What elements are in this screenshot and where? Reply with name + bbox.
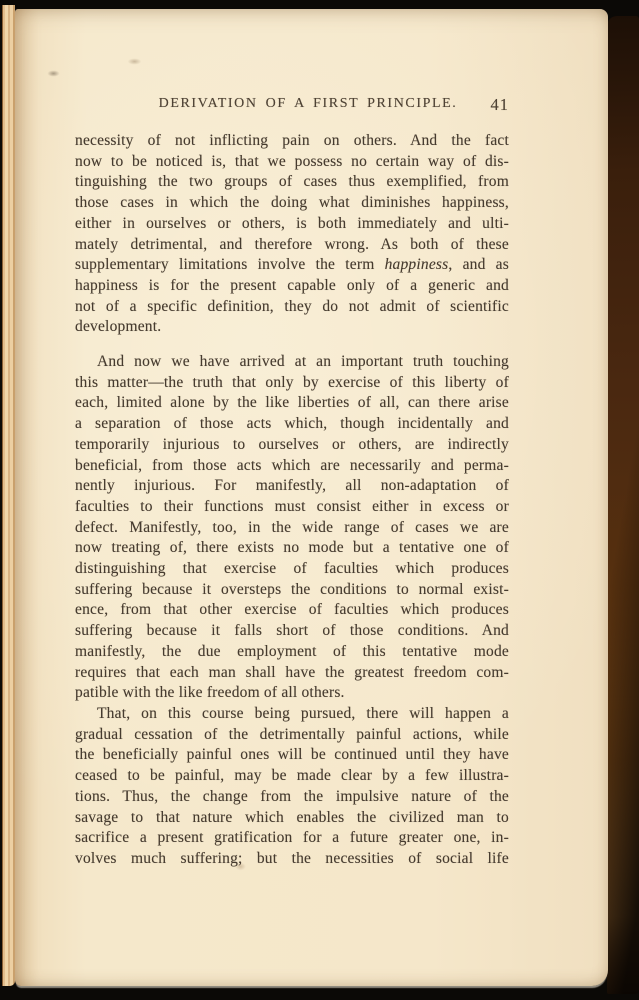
leather-cover xyxy=(607,16,639,994)
text-line: distinguishing that exercise of facultie… xyxy=(75,559,509,580)
text-line: gradual cessation of the detrimentally p… xyxy=(75,725,509,746)
text-line: each, limited alone by the like libertie… xyxy=(75,393,509,414)
text-line: beneficial, from those acts which are ne… xyxy=(75,456,509,477)
text-line: requires that each man shall have the gr… xyxy=(75,663,509,684)
text-block: DERIVATION OF A FIRST PRINCIPLE. 41 nece… xyxy=(75,96,509,870)
text-line: savage to that nature which enables the … xyxy=(75,808,509,829)
text-line: ceased to be painful, may be made clear … xyxy=(75,766,509,787)
text-line: happiness is for the present capable onl… xyxy=(75,276,509,297)
text-line: volves much suffering; but the necessiti… xyxy=(75,849,509,870)
text-line: not of a specific definition, they do no… xyxy=(75,297,509,318)
book-photo: DERIVATION OF A FIRST PRINCIPLE. 41 nece… xyxy=(0,0,639,1000)
text-line: either in ourselves or others, is both i… xyxy=(75,214,509,235)
text-line: nently injurious. For manifestly, all no… xyxy=(75,476,509,497)
body-text: necessity of not inflicting pain on othe… xyxy=(75,131,509,870)
text-line: development. xyxy=(75,317,509,338)
text-line: manifestly, the due employment of this t… xyxy=(75,642,509,663)
text-line: supplementary limitations involve the te… xyxy=(75,255,509,276)
page-header: DERIVATION OF A FIRST PRINCIPLE. 41 xyxy=(75,96,509,114)
text-line: suffering because it oversteps the condi… xyxy=(75,580,509,601)
text-line: That, on this course being pursued, ther… xyxy=(75,704,509,725)
text-line: ence, from that other exercise of facult… xyxy=(75,600,509,621)
text-line: patible with the like freedom of all oth… xyxy=(75,683,509,704)
text-line: mately detrimental, and therefore wrong.… xyxy=(75,235,509,256)
running-title: DERIVATION OF A FIRST PRINCIPLE. xyxy=(159,96,458,112)
text-line: sacrifice a present gratification for a … xyxy=(75,828,509,849)
paragraph: And now we have arrived at an important … xyxy=(75,352,509,704)
text-line: a separation of those acts which, though… xyxy=(75,414,509,435)
page-number: 41 xyxy=(491,95,510,115)
text-line: necessity of not inflicting pain on othe… xyxy=(75,131,509,152)
text-line: tinguishing the two groups of cases thus… xyxy=(75,172,509,193)
text-line: faculties to their functions must consis… xyxy=(75,497,509,518)
text-line: tions. Thus, the change from the impulsi… xyxy=(75,787,509,808)
text-line: now to be noticed is, that we possess no… xyxy=(75,152,509,173)
paragraph: That, on this course being pursued, ther… xyxy=(75,704,509,870)
paragraph: necessity of not inflicting pain on othe… xyxy=(75,131,509,338)
text-line: those cases in which the doing what dimi… xyxy=(75,193,509,214)
text-line: And now we have arrived at an important … xyxy=(75,352,509,373)
text-line: the beneficially painful ones will be co… xyxy=(75,745,509,766)
text-line: temporarily injurious to ourselves or ot… xyxy=(75,435,509,456)
text-line: suffering because it falls short of thos… xyxy=(75,621,509,642)
text-line: this matter—the truth that only by exerc… xyxy=(75,373,509,394)
foxing-spot xyxy=(45,69,62,78)
text-line: defect. Manifestly, too, in the wide ran… xyxy=(75,518,509,539)
page-edges xyxy=(0,5,15,986)
text-line: now treating of, there exists no mode bu… xyxy=(75,538,509,559)
book-page: DERIVATION OF A FIRST PRINCIPLE. 41 nece… xyxy=(15,9,608,986)
foxing-spot xyxy=(125,57,144,66)
